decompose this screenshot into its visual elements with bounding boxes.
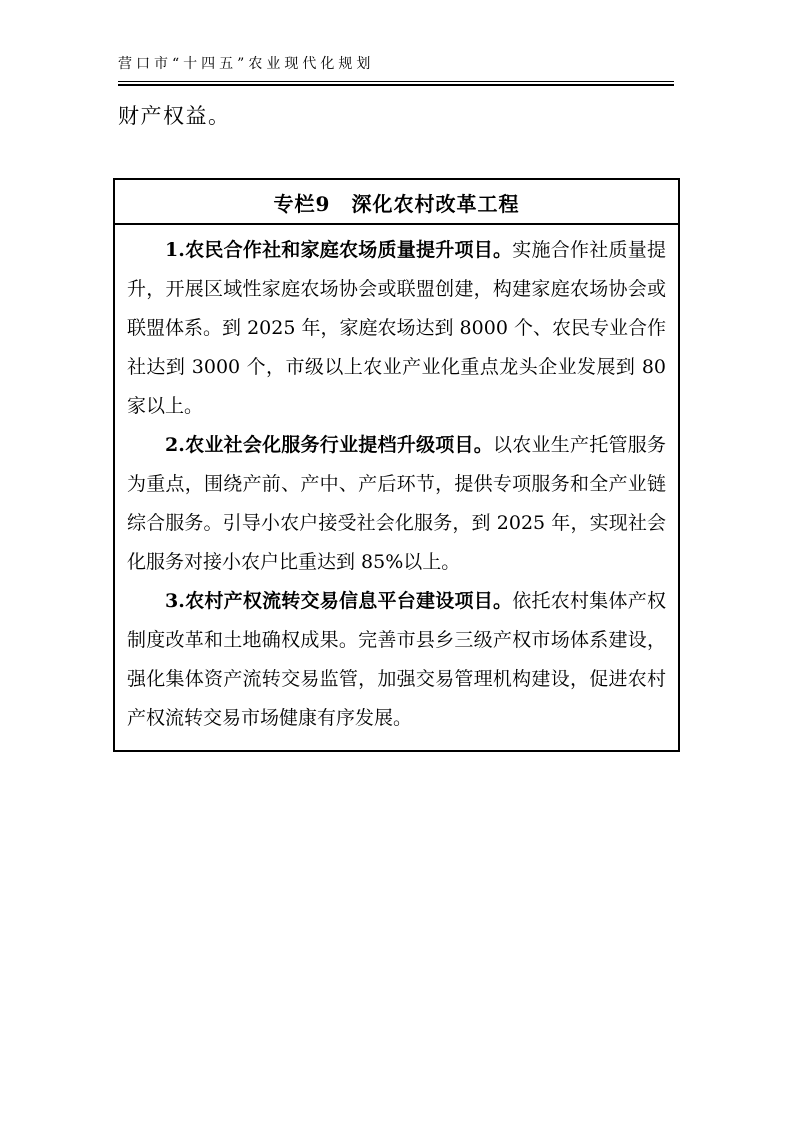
paragraph-3-lead: 3.农村产权流转交易信息平台建设项目。 xyxy=(165,590,512,612)
document-page: 营口市“十四五”农业现代化规划 财产权益。 专栏9 深化农村改革工程 1.农民合… xyxy=(0,0,793,1122)
callout-box: 专栏9 深化农村改革工程 1.农民合作社和家庭农场质量提升项目。实施合作社质量提… xyxy=(113,178,680,752)
callout-paragraph-1: 1.农民合作社和家庭农场质量提升项目。实施合作社质量提升，开展区域性家庭农场协会… xyxy=(127,231,666,426)
header-rule-thick xyxy=(118,84,674,86)
header-rule xyxy=(118,81,674,86)
callout-paragraph-2: 2.农业社会化服务行业提档升级项目。以农业生产托管服务为重点，围绕产前、产中、产… xyxy=(127,426,666,582)
callout-body: 1.农民合作社和家庭农场质量提升项目。实施合作社质量提升，开展区域性家庭农场协会… xyxy=(115,225,678,750)
page-header: 营口市“十四五”农业现代化规划 xyxy=(118,54,674,86)
paragraph-2-lead: 2.农业社会化服务行业提档升级项目。 xyxy=(165,434,493,456)
paragraph-1-text: 实施合作社质量提升，开展区域性家庭农场协会或联盟创建，构建家庭农场协会或联盟体系… xyxy=(127,239,666,417)
paragraph-1-lead: 1.农民合作社和家庭农场质量提升项目。 xyxy=(165,239,512,261)
callout-title: 专栏9 深化农村改革工程 xyxy=(115,180,678,225)
callout-paragraph-3: 3.农村产权流转交易信息平台建设项目。依托农村集体产权制度改革和土地确权成果。完… xyxy=(127,582,666,738)
header-title: 营口市“十四五”农业现代化规划 xyxy=(118,54,674,81)
body-paragraph: 财产权益。 xyxy=(118,101,231,131)
header-rule-thin xyxy=(118,81,674,82)
